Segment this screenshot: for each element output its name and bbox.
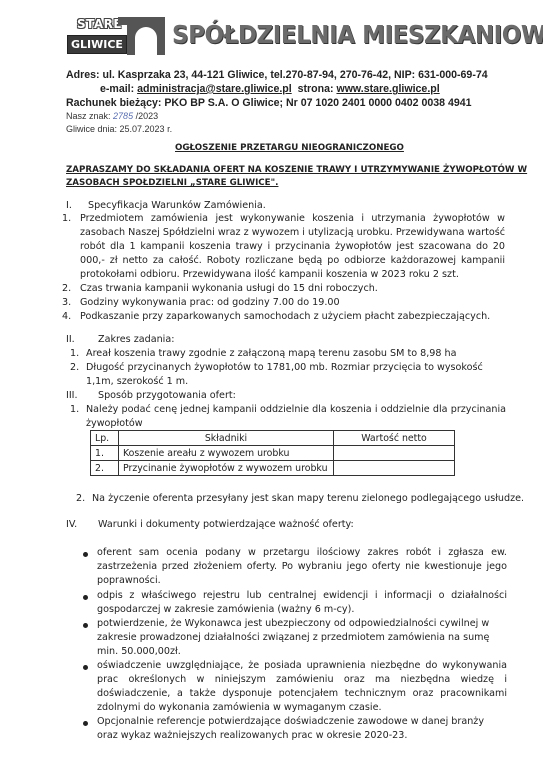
section-2-number: II. <box>66 333 75 347</box>
cooperative-name: SPÓŁDZIELNIA MIESZKANIOWA <box>172 20 543 49</box>
s1-item-4-num: 4. <box>62 310 71 324</box>
website-label: strona: <box>298 83 334 95</box>
table-cell-component: Koszenie areału z wywozem urobku <box>119 446 334 461</box>
table-row: 1. Koszenie areału z wywozem urobku <box>91 446 455 461</box>
table-header-net-value: Wartość netto <box>334 431 455 446</box>
offer-table: Lp. Składniki Wartość netto 1. Koszenie … <box>90 430 455 476</box>
section-1-number: I. <box>66 199 72 213</box>
document-title: OGŁOSZENIE PRZETARGU NIEOGRANICZONEGO <box>175 143 404 153</box>
table-header-components: Składniki <box>119 431 334 446</box>
table-cell-component: Przycinanie żywopłotów z wywozem urobku <box>119 461 334 476</box>
bank-account-line: Rachunek bieżący: PKO BP S.A. O Gliwice;… <box>66 97 472 109</box>
s3-item-1-num: 1. <box>70 403 79 417</box>
logo-arch-icon <box>127 17 165 55</box>
document-date: Gliwice dnia: 25.07.2023 r. <box>66 124 172 134</box>
s2-item-1-num: 1. <box>70 347 79 361</box>
section-3-title: Sposób przygotowania ofert: <box>98 389 236 403</box>
s1-item-4-text: Podkaszanie przy zaparkowanych samochoda… <box>80 310 490 324</box>
bullet-icon <box>83 595 88 600</box>
s1-item-1-text: Przedmiotem zamówienia jest wykonywanie … <box>80 212 505 282</box>
email-label: e-mail: <box>100 83 134 95</box>
reference-line: Nasz znak: 2785 /2023 <box>66 111 158 121</box>
s1-item-3-num: 3. <box>62 296 71 310</box>
table-cell-net-value[interactable] <box>334 446 455 461</box>
website-link[interactable]: www.stare.gliwice.pl <box>336 83 439 95</box>
table-cell-net-value[interactable] <box>334 461 455 476</box>
s1-item-1-num: 1. <box>62 212 71 226</box>
section-4-number: IV. <box>66 518 77 532</box>
address-line: Adres: ul. Kasprzaka 23, 44-121 Gliwice,… <box>66 69 488 81</box>
reference-label: Nasz znak: <box>66 111 111 121</box>
s4-bullet-5: Opcjonalnie referencje potwierdzające do… <box>97 715 507 743</box>
s1-item-3-text: Godziny wykonywania prac: od godziny 7.0… <box>80 296 340 310</box>
s4-bullet-2: odpis z właściwego rejestru lub centraln… <box>97 589 507 617</box>
bullet-icon <box>83 552 88 557</box>
email-link[interactable]: administracja@stare.gliwice.pl <box>137 83 292 95</box>
s1-item-2-num: 2. <box>62 282 71 296</box>
s2-item-2-num: 2. <box>70 361 79 375</box>
bullet-icon <box>83 721 88 726</box>
s2-item-2-text: Długość przycinanych żywopłotów to 1781,… <box>86 361 506 389</box>
logo-line2: GLIWICE <box>67 35 127 54</box>
s3-item-2-text: Na życzenie oferenta przesyłany jest ska… <box>92 492 524 506</box>
table-row: 2. Przycinanie żywopłotów z wywozem urob… <box>91 461 455 476</box>
s4-bullet-3: potwierdzenie, że Wykonawca jest ubezpie… <box>97 617 507 659</box>
table-cell-lp: 2. <box>91 461 119 476</box>
s3-item-2-num: 2. <box>76 492 85 506</box>
contact-line: e-mail: administracja@stare.gliwice.pl s… <box>100 83 440 95</box>
table-cell-lp: 1. <box>91 446 119 461</box>
document-subtitle-2: ZASOBACH SPOŁDZIELNI „STARE GLIWICE". <box>66 178 278 188</box>
s4-bullet-4: oświadczenie uwzględniające, że posiada … <box>97 659 507 715</box>
bullet-icon <box>83 665 88 670</box>
s2-item-1-text: Areał koszenia trawy zgodnie z załączoną… <box>86 347 457 361</box>
s4-bullet-1: oferent sam ocenia podany w przetargu il… <box>97 546 507 588</box>
table-header-row: Lp. Składniki Wartość netto <box>91 431 455 446</box>
section-1-title: Specyfikacja Warunków Zamówienia. <box>88 199 266 213</box>
reference-number: 2785 <box>113 111 133 121</box>
document-subtitle-1: ZAPRASZAMY DO SKŁADANIA OFERT NA KOSZENI… <box>66 165 527 175</box>
section-2-title: Zakres zadania: <box>98 333 174 347</box>
s1-item-2-text: Czas trwania kampanii wykonania usługi d… <box>80 282 378 296</box>
bullet-icon <box>83 623 88 628</box>
s3-item-1-text: Należy podać cenę jednej kampanii oddzie… <box>86 403 506 431</box>
logo-line1: STARE <box>77 17 122 31</box>
section-3-number: III. <box>66 389 78 403</box>
reference-year: /2023 <box>136 111 159 121</box>
table-header-lp: Lp. <box>91 431 119 446</box>
section-4-title: Warunki i dokumenty potwierdzające ważno… <box>98 518 354 532</box>
